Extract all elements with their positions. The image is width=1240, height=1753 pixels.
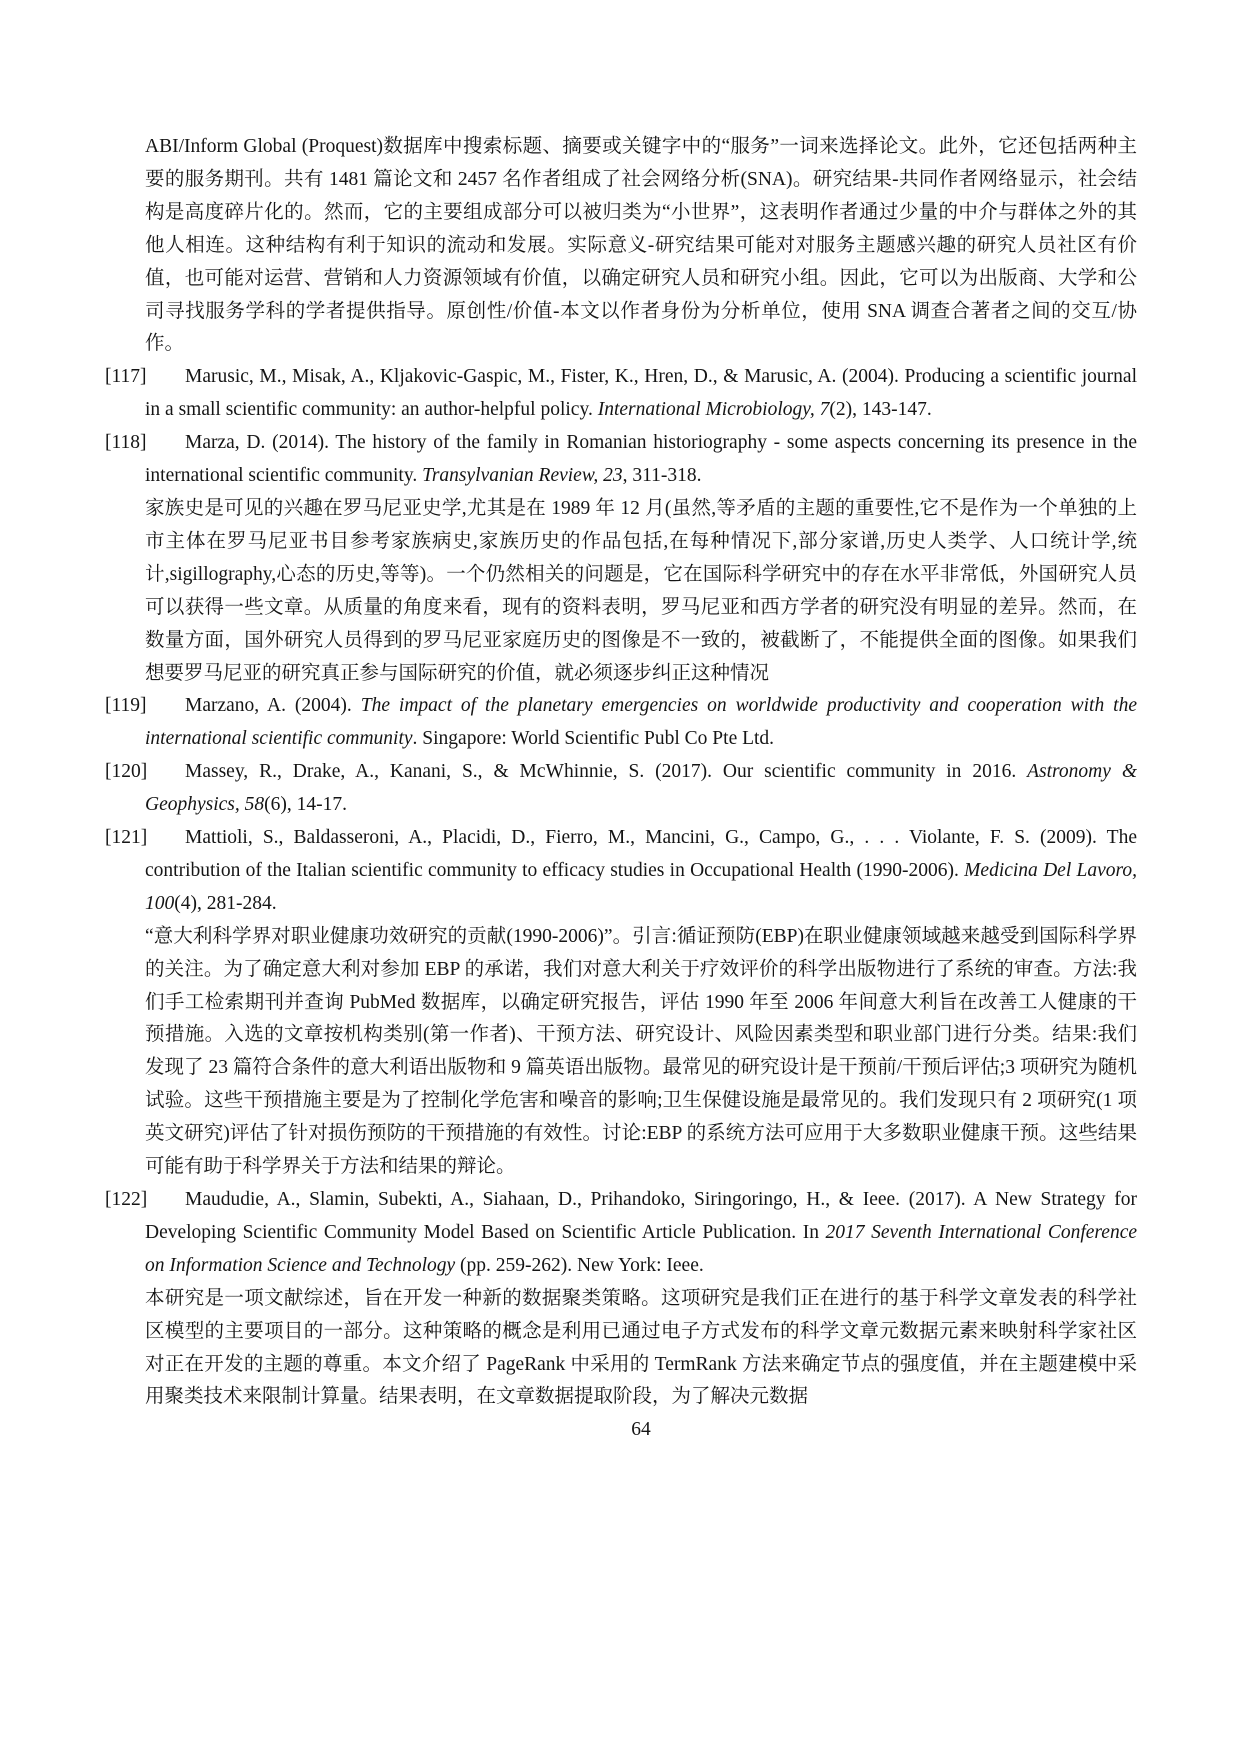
reference-item-121: [121]Mattioli, S., Baldasseroni, A., Pla… [145,822,1137,921]
page-content: ABI/Inform Global (Proquest)数据库中搜索标题、摘要或… [105,131,1137,1447]
reference-text: Massey, R., Drake, A., Kanani, S., & McW… [185,761,1027,782]
reference-number: [120] [105,756,185,789]
reference-publisher: . Singapore: World Scientific Publ Co Pt… [413,728,775,749]
reference-item-118: [118]Marza, D. (2014). The history of th… [145,427,1137,493]
reference-number: [117] [105,361,185,394]
reference-annotation-zh: “意大利科学界对职业健康功效研究的贡献(1990-2006)”。引言:循证预防(… [145,921,1137,1184]
reference-annotation-zh: 家族史是可见的兴趣在罗马尼亚史学,尤其是在 1989 年 12 月(虽然,等矛盾… [145,493,1137,690]
paragraph-annotation-continuation: ABI/Inform Global (Proquest)数据库中搜索标题、摘要或… [145,131,1137,361]
reference-item-119: [119]Marzano, A. (2004). The impact of t… [145,690,1137,756]
reference-annotation-zh: 本研究是一项文献综述，旨在开发一种新的数据聚类策略。这项研究是我们正在进行的基于… [145,1283,1137,1415]
reference-publisher: (pp. 259-262). New York: Ieee. [455,1255,704,1276]
reference-number: [121] [105,822,185,855]
reference-pages: , 311-318. [623,465,702,486]
document-page: ABI/Inform Global (Proquest)数据库中搜索标题、摘要或… [0,0,1240,1753]
reference-item-120: [120]Massey, R., Drake, A., Kanani, S., … [145,756,1137,822]
reference-number: [118] [105,427,185,460]
reference-number: [119] [105,690,185,723]
reference-journal: International Microbiology, 7 [598,399,830,420]
reference-pages: (6), 14-17. [264,794,347,815]
reference-pages: (2), 143-147. [829,399,931,420]
reference-text: Marzano, A. (2004). [185,695,361,716]
reference-item-117: [117]Marusic, M., Misak, A., Kljakovic-G… [145,361,1137,427]
page-number: 64 [145,1414,1137,1447]
reference-journal: Transylvanian Review, 23 [422,465,623,486]
reference-number: [122] [105,1184,185,1217]
reference-pages: (4), 281-284. [174,893,276,914]
reference-item-122: [122]Maududie, A., Slamin, Subekti, A., … [145,1184,1137,1283]
